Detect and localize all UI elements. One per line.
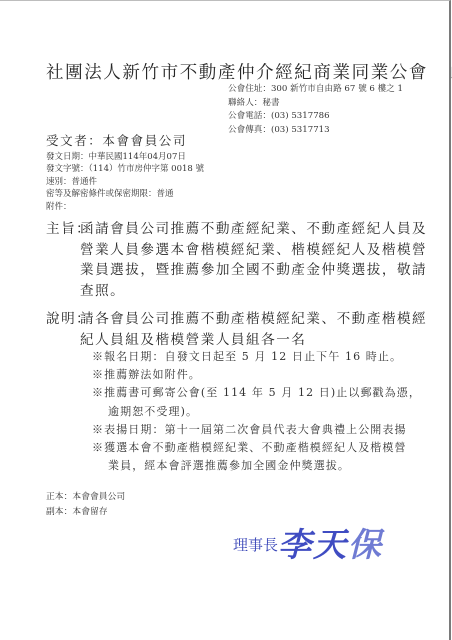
issue-date: 發文日期：中華民國114年04月07日 — [46, 151, 204, 163]
header-meta-block: 公會住址：300 新竹市自由路 67 號 6 樓之 1 聯絡人：秘書 公會電話：… — [228, 83, 403, 137]
document-title-line: 社團法人新竹市不動產仲介經紀商業同業公會函 — [46, 59, 452, 84]
copies-block: 正本：本會會員公司 副本：本會留存 — [46, 490, 125, 519]
subject-body: 函請會員公司推薦不動產經紀業、不動產經紀人員及 營業人員參選本會楷模經紀業、楷模… — [80, 219, 430, 301]
contact-person: 聯絡人：秘書 — [228, 97, 403, 111]
phone: 公會電話：(03) 5317786 — [228, 110, 403, 124]
urgency: 速別：普通件 — [46, 176, 204, 188]
explanation-body: 請各會員公司推薦不動產楷模經紀業、不動產楷模經 紀人員組及楷模營業人員組各一名 — [80, 309, 430, 350]
signature-position: 理事長 — [233, 536, 278, 554]
note-mail: ※推薦書可郵寄公會(至 114 年 5 月 12 日)止以郵戳為憑， — [92, 384, 421, 402]
document-info-block: 發文日期：中華民國114年04月07日 發文字號：（114）竹市房仲字第 001… — [46, 151, 204, 213]
subject-line: 業員選拔，暨推薦參加全國不動產金仲獎選拔，敬請 — [80, 260, 430, 281]
subject-line: 查照。 — [80, 281, 430, 302]
note-award-date: ※表揚日期：第十一屆第二次會員代表大會典禮上公開表揚 — [92, 421, 421, 439]
explanation-line: 紀人員組及楷模營業人員組各一名 — [80, 330, 430, 351]
subject-line: 營業人員參選本會楷模經紀業、楷模經紀人及楷模營 — [80, 240, 430, 261]
signature-name: 李天保 — [278, 525, 383, 564]
address: 公會住址：300 新竹市自由路 67 號 6 樓之 1 — [228, 83, 403, 97]
organization-name: 社團法人新竹市不動產仲介經紀商業同業公會 — [46, 63, 428, 83]
note-selection-continued: 業員，經本會評選推薦參加全國金仲獎選拔。 — [92, 457, 421, 475]
note-attachment: ※推薦辦法如附件。 — [92, 366, 421, 384]
fax: 公會傳真：(03) 5317713 — [228, 124, 403, 138]
subject-line: 函請會員公司推薦不動產經紀業、不動產經紀人員及 — [80, 219, 430, 240]
explanation-section: 說明： 請各會員公司推薦不動產楷模經紀業、不動產楷模經 紀人員組及楷模營業人員組… — [46, 309, 80, 330]
explanation-notes: ※報名日期：自發文日起至 5 月 12 日止下午 16 時止。 ※推薦辦法如附件… — [92, 348, 421, 475]
subject-section: 主旨： 函請會員公司推薦不動產經紀業、不動產經紀人員及 營業人員參選本會楷模經紀… — [46, 219, 80, 240]
duplicate-copy: 副本：本會留存 — [46, 505, 125, 520]
document-page: 社團法人新竹市不動產仲介經紀商業同業公會函 公會住址：300 新竹市自由路 67… — [0, 0, 451, 640]
document-number: 發文字號：（114）竹市房仲字第 0018 號 — [46, 163, 204, 175]
explanation-label: 說明： — [46, 309, 80, 330]
attachments: 附件： — [46, 201, 204, 213]
explanation-line: 請各會員公司推薦不動產楷模經紀業、不動產楷模經 — [80, 309, 430, 330]
note-registration-date: ※報名日期：自發文日起至 5 月 12 日止下午 16 時止。 — [92, 348, 421, 366]
recipient: 受文者：本會會員公司 — [46, 131, 187, 149]
confidentiality: 密等及解密條件或保密期限：普通 — [46, 188, 204, 200]
note-selection: ※獲選本會不動產楷模經紀業、不動產楷模經紀人及楷模營 — [92, 439, 421, 457]
note-mail-continued: 逾期恕不受理)。 — [92, 403, 421, 421]
original-copy: 正本：本會會員公司 — [46, 490, 125, 505]
signature-stamp: 理事長李天保 — [233, 519, 383, 566]
subject-label: 主旨： — [46, 219, 80, 240]
